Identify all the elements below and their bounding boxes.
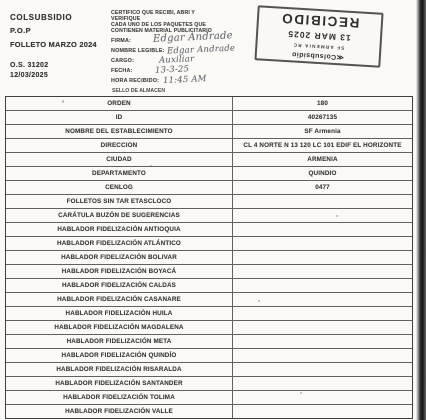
table-row: HABLADOR FIDELIZACIÓN MAGDALENA — [6, 321, 412, 335]
table-row: HABLADOR FIDELIZACIÓN CASANARE — [6, 293, 412, 307]
row-label: CARÁTULA BUZÓN DE SUGERENCIAS — [6, 209, 233, 222]
header-date: 12/03/2025 — [10, 72, 97, 79]
stamp-date: 13 MAR 2025 — [287, 29, 351, 43]
row-label: HABLADOR FIDELIZACIÓN TOLIMA — [6, 391, 233, 404]
table-row: CARÁTULA BUZÓN DE SUGERENCIAS — [6, 209, 412, 223]
row-value: 0477 — [233, 181, 412, 194]
row-label: HABLADOR FIDELIZACIÓN ANTIOQUIA — [6, 223, 233, 236]
cert-fields: FIRMA: Edgar Andrade NOMBRE LEGIBLE: Edg… — [111, 38, 261, 88]
table-row: HABLADOR FIDELIZACIÓN SANTANDER — [6, 377, 412, 391]
table-row: DEPARTAMENTO QUINDIO — [6, 167, 412, 181]
row-value — [233, 279, 412, 292]
table-row: HABLADOR FIDELIZACIÓN ATLÁNTICO — [6, 237, 412, 251]
row-label: CENLOG — [6, 181, 233, 194]
row-value — [233, 209, 412, 222]
row-value: QUINDIO — [233, 167, 412, 180]
row-value — [233, 363, 412, 376]
table-row: HABLADOR FIDELIZACIÓN BOLIVAR — [6, 251, 412, 265]
table-row: ORDEN 180 — [6, 97, 412, 111]
row-label: ID — [6, 111, 233, 124]
table-row: FOLLETOS SIN TAR ETASCLOCO — [6, 195, 412, 209]
hora-value: 11:45 AM — [163, 74, 207, 86]
table-row: HABLADOR FIDELIZACIÓN QUINDÍO — [6, 349, 412, 363]
row-value — [233, 335, 412, 348]
company-name: COLSUBSIDIO — [10, 13, 97, 22]
row-value: CL 4 NORTE N 13 120 LC 101 EDIF EL HORIZ… — [233, 139, 412, 152]
row-value — [233, 195, 412, 208]
table-row: HABLADOR FIDELIZACIÓN VALLE — [6, 405, 412, 418]
scan-speck — [62, 100, 64, 103]
row-value — [233, 349, 412, 362]
recibido-stamp: ≪Colsubsidio SF ARMENIA RC 13 MAR 2025 R… — [254, 5, 383, 68]
stamp-brand: ≪Colsubsidio — [292, 50, 345, 61]
scan-speck — [258, 300, 260, 302]
row-label: HABLADOR FIDELIZACIÓN ATLÁNTICO — [6, 237, 233, 250]
row-value: 180 — [233, 97, 412, 110]
row-label: FOLLETOS SIN TAR ETASCLOCO — [6, 195, 233, 208]
row-label: HABLADOR FIDELIZACIÓN MAGDALENA — [6, 321, 233, 334]
row-label: HABLADOR FIDELIZACIÓN BOYACÁ — [6, 265, 233, 278]
table-row: NOMBRE DEL ESTABLECIMIENTO SF Armenia — [6, 125, 412, 139]
table-row: HABLADOR FIDELIZACIÓN BOYACÁ — [6, 265, 412, 279]
scan-speck — [300, 392, 302, 394]
row-label: HABLADOR FIDELIZACIÓN CALDAS — [6, 279, 233, 292]
row-value — [233, 307, 412, 320]
table-row: HABLADOR FIDELIZACIÓN RISARALDA — [6, 363, 412, 377]
row-label: HABLADOR FIDELIZACIÓN META — [6, 335, 233, 348]
row-label: HABLADOR FIDELIZACIÓN BOLIVAR — [6, 251, 233, 264]
row-label: HABLADOR FIDELIZACIÓN HUILA — [6, 307, 233, 320]
row-label: CIUDAD — [6, 153, 233, 166]
row-value — [233, 377, 412, 390]
scan-speck — [336, 215, 338, 217]
row-value: SF Armenia — [233, 125, 412, 138]
row-value: 40267135 — [233, 111, 412, 124]
row-label: HABLADOR FIDELIZACIÓN VALLE — [6, 405, 233, 418]
row-value — [233, 237, 412, 250]
hora-label: HORA RECIBIDO: — [111, 78, 159, 84]
row-value — [233, 293, 412, 306]
row-value — [233, 251, 412, 264]
table-row: CENLOG 0477 — [6, 181, 412, 195]
firma-label: FIRMA: — [111, 38, 131, 44]
row-label: HABLADOR FIDELIZACIÓN CASANARE — [6, 293, 233, 306]
certification-block: CERTIFICO QUE RECIBI, ABRI Y VERIFIQUE C… — [111, 10, 261, 88]
details-table: ORDEN 180 ID 40267135 NOMBRE DEL ESTABLE… — [5, 96, 413, 419]
table-row: ID 40267135 — [6, 111, 412, 125]
table-row: HABLADOR FIDELIZACIÓN ANTIOQUIA — [6, 223, 412, 237]
row-label: ORDEN — [6, 97, 233, 110]
campaign-title: FOLLETO MARZO 2024 — [10, 40, 97, 49]
row-label: HABLADOR FIDELIZACIÓN SANTANDER — [6, 377, 233, 390]
form-header: COLSUBSIDIO P.O.P FOLLETO MARZO 2024 O.S… — [10, 13, 97, 79]
nombre-label: NOMBRE LEGIBLE: — [111, 48, 165, 54]
sello-almacen-label: SELLO DE ALMACEN — [112, 88, 165, 94]
row-value — [233, 321, 412, 334]
scan-speck — [150, 165, 152, 167]
scanner-edge — [416, 0, 426, 420]
pop-label: P.O.P — [10, 26, 97, 35]
stamp-title: RECIBIDO — [280, 11, 360, 31]
row-label: HABLADOR FIDELIZACIÓN QUINDÍO — [6, 349, 233, 362]
row-label: DEPARTAMENTO — [6, 167, 233, 180]
firma-signature: Edgar Andrade — [153, 30, 233, 44]
row-value — [233, 405, 412, 418]
table-row: CIUDAD ARMENIA — [6, 153, 412, 167]
row-value: ARMENIA — [233, 153, 412, 166]
row-label: DIRECCION — [6, 139, 233, 152]
table-row: HABLADOR FIDELIZACIÓN CALDAS — [6, 279, 412, 293]
row-value — [233, 265, 412, 278]
fecha-label: FECHA: — [111, 68, 133, 74]
row-value — [233, 223, 412, 236]
scanned-receipt-form: COLSUBSIDIO P.O.P FOLLETO MARZO 2024 O.S… — [0, 0, 426, 420]
order-service-number: O.S. 31202 — [10, 62, 97, 69]
cargo-label: CARGO: — [111, 58, 134, 64]
hora-field: HORA RECIBIDO: 11:45 AM — [111, 78, 261, 88]
row-label: NOMBRE DEL ESTABLECIMIENTO — [6, 125, 233, 138]
stamp-location: SF ARMENIA RC — [292, 42, 344, 50]
table-row: HABLADOR FIDELIZACIÓN META — [6, 335, 412, 349]
table-row: HABLADOR FIDELIZACIÓN TOLIMA — [6, 391, 412, 405]
table-row: HABLADOR FIDELIZACIÓN HUILA — [6, 307, 412, 321]
table-row: DIRECCION CL 4 NORTE N 13 120 LC 101 EDI… — [6, 139, 412, 153]
row-value — [233, 391, 412, 404]
row-label: HABLADOR FIDELIZACIÓN RISARALDA — [6, 363, 233, 376]
